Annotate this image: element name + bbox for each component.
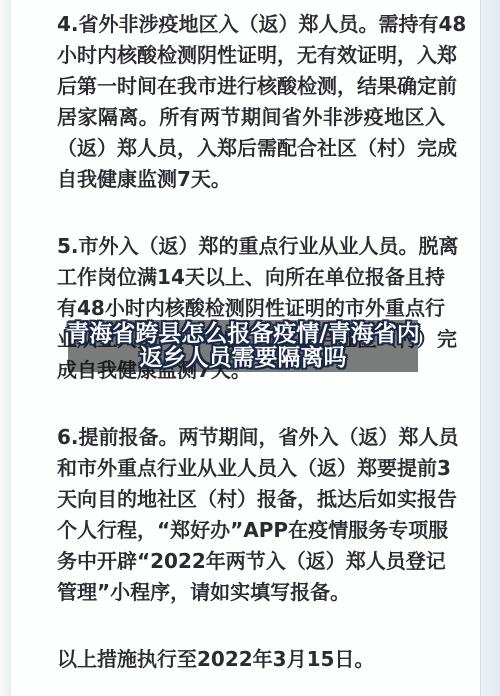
- text-line: 以上措施执行至2022年3月15日。: [57, 644, 445, 675]
- headline-line-1: 青海省跨县怎么报备疫情/青海省内: [66, 322, 419, 346]
- text-line: 个人行程，“郑好办”APP在疫情服务专项服: [57, 515, 445, 546]
- page-background-right-strip: [480, 0, 500, 696]
- page: 4.省外非涉疫地区入（返）郑人员。需持有48小时内核酸检测阴性证明，无有效证明，…: [0, 0, 500, 696]
- text-line: 和市外重点行业从业人员入（返）郑要提前3: [57, 453, 445, 484]
- text-line: 居家隔离。所有两节期间省外非涉疫地区入: [57, 102, 445, 133]
- paragraph: 4.省外非涉疫地区入（返）郑人员。需持有48小时内核酸检测阴性证明，无有效证明，…: [57, 9, 445, 195]
- text-line: 管理”小程序，请如实填写报备。: [57, 577, 445, 608]
- paragraph: 6.提前报备。两节期间，省外入（返）郑人员和市外重点行业从业人员入（返）郑要提前…: [57, 422, 445, 608]
- headline-line-2: 返乡人员需要隔离吗: [140, 346, 347, 370]
- text-line: 务中开辟“2022年两节入（返）郑人员登记: [57, 546, 445, 577]
- text-line: 6.提前报备。两节期间，省外入（返）郑人员: [57, 422, 445, 453]
- text-line: （返）郑人员，入郑后需配合社区（村）完成: [57, 133, 445, 164]
- text-line: 后第一时间在我市进行核酸检测，结果确定前: [57, 71, 445, 102]
- headline-overlay: 青海省跨县怎么报备疫情/青海省内 返乡人员需要隔离吗: [68, 320, 418, 372]
- paragraph: 以上措施执行至2022年3月15日。: [57, 644, 445, 675]
- text-line: 4.省外非涉疫地区入（返）郑人员。需持有48: [57, 9, 445, 40]
- text-line: 5.市外入（返）郑的重点行业从业人员。脱离: [57, 231, 445, 262]
- text-line: 工作岗位满14天以上、向所在单位报备且持: [57, 262, 445, 293]
- text-line: 自我健康监测7天。: [57, 164, 445, 195]
- text-line: 天向目的地社区（村）报备，抵达后如实报告: [57, 484, 445, 515]
- text-line: 小时内核酸检测阴性证明，无有效证明，入郑: [57, 40, 445, 71]
